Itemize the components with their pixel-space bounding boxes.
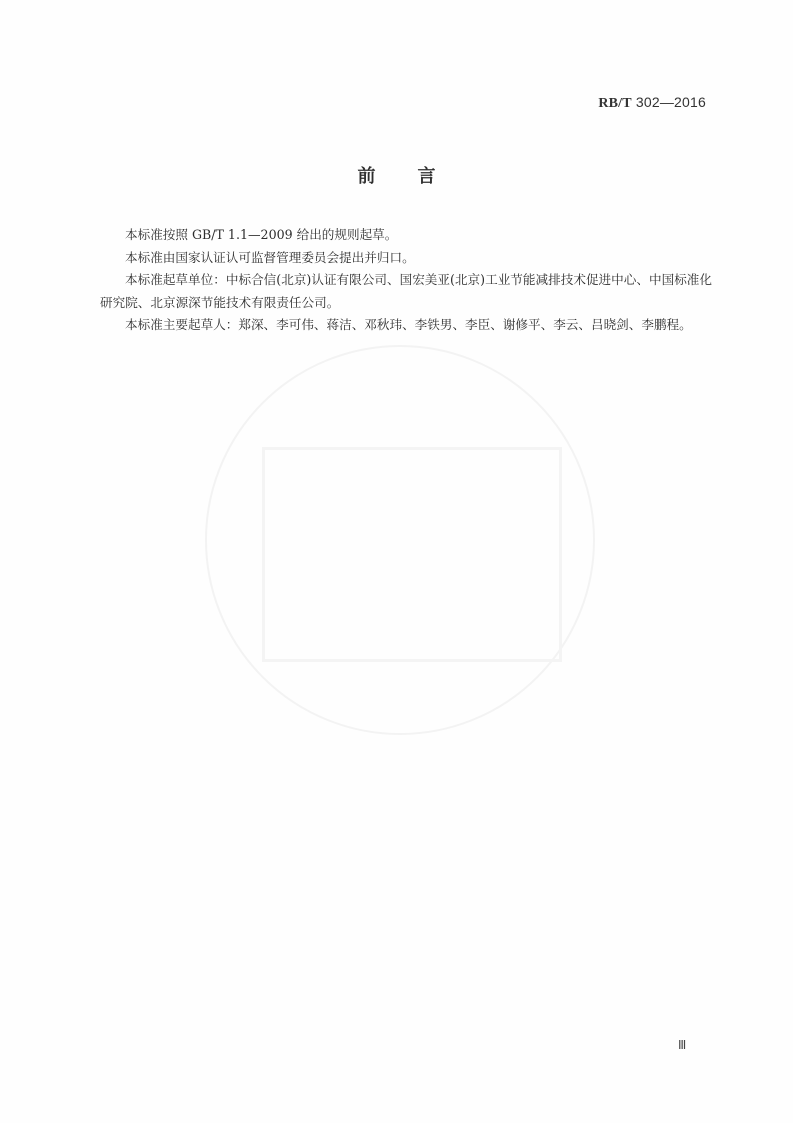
standard-code-number: 302—2016 <box>636 94 706 110</box>
standard-code-prefix: RB/T <box>598 96 631 111</box>
paragraph-drafting-units: 本标准起草单位：中标合信(北京)认证有限公司、国宏美亚(北京)工业节能减排技术促… <box>100 269 712 314</box>
page-number: Ⅲ <box>678 1038 686 1053</box>
paragraph-drafting-rules: 本标准按照 GB/T 1.1—2009 给出的规则起草。 <box>100 224 712 247</box>
paragraph-proposer: 本标准由国家认证认可监督管理委员会提出并归口。 <box>100 247 712 270</box>
document-page: RB/T 302—2016 前言 本标准按照 GB/T 1.1—2009 给出的… <box>0 0 793 1123</box>
watermark-logo <box>262 447 562 662</box>
paragraph-drafters: 本标准主要起草人：郑深、李可伟、蒋洁、邓秋玮、李铁男、李臣、谢修平、李云、吕晓剑… <box>100 314 712 337</box>
foreword-body: 本标准按照 GB/T 1.1—2009 给出的规则起草。 本标准由国家认证认可监… <box>100 224 712 337</box>
standard-code: RB/T 302—2016 <box>598 94 706 112</box>
section-title: 前言 <box>0 162 793 188</box>
